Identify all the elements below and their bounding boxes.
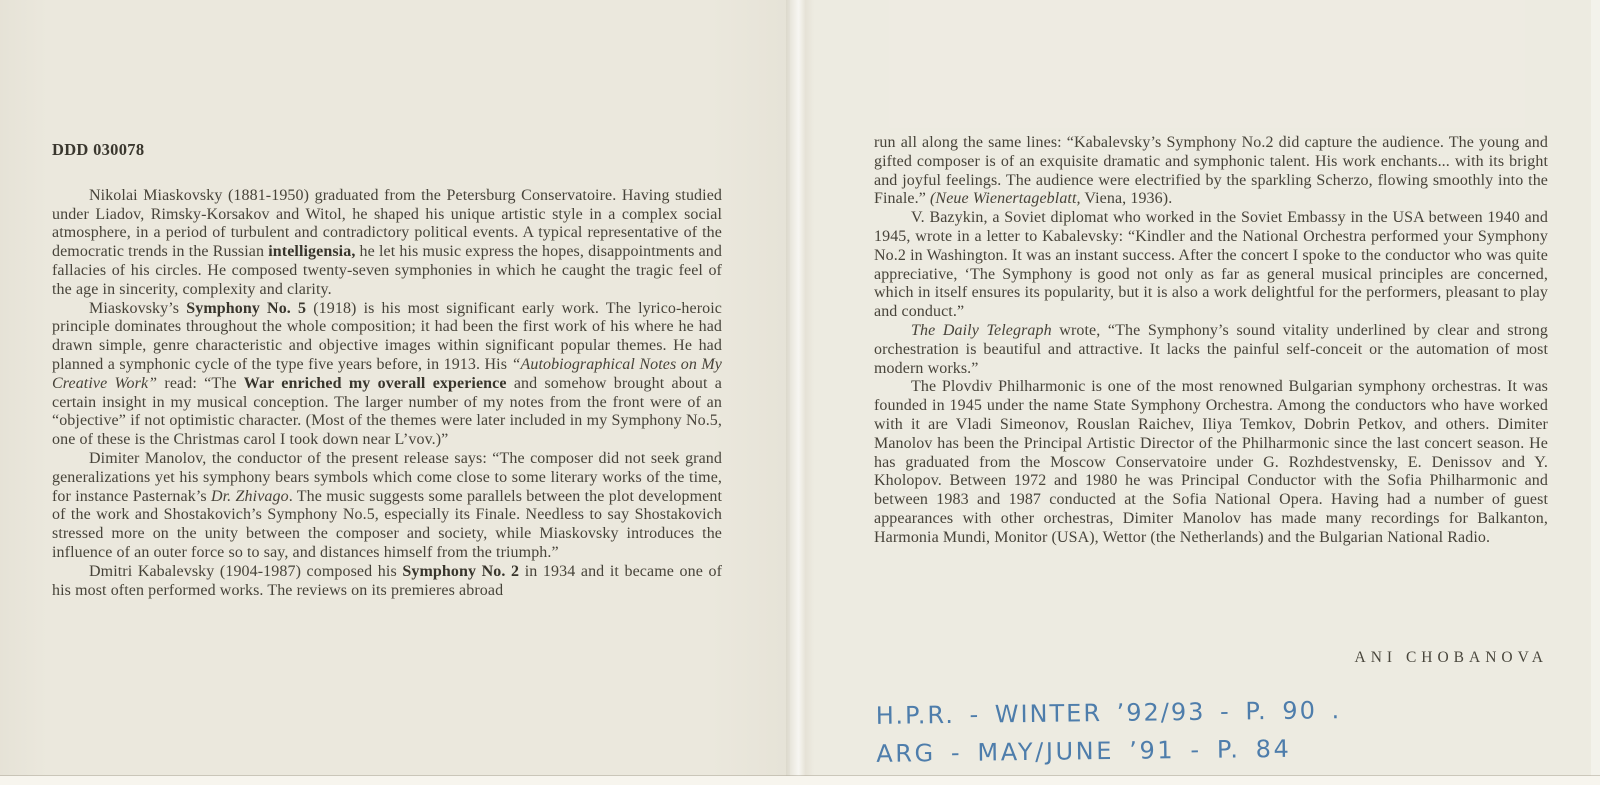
right-page-text-column: run all along the same lines: “Kabalevsk… (874, 134, 1548, 548)
handwritten-note-line-2: ARG - MAY/JUNE ’91 - P. 84 (876, 729, 1342, 773)
scan-bottom-edge (0, 776, 1600, 785)
paragraph-plovdiv-philharmonic: The Plovdiv Philharmonic is one of the m… (874, 378, 1548, 547)
author-signature: ANI CHOBANOVA (874, 649, 1548, 667)
paragraph-daily-telegraph: The Daily Telegraph wrote, “The Symphony… (874, 322, 1548, 378)
handwritten-note-line-1: H.P.R. - WINTER ’92/93 - P. 90 . (876, 691, 1342, 735)
paragraph-reviews-continuation: run all along the same lines: “Kabalevsk… (874, 134, 1548, 209)
left-page-text-column: DDD 030078 Nikolai Miaskovsky (1881-1950… (52, 141, 722, 600)
paragraph-bazykin-letter: V. Bazykin, a Soviet diplomat who worked… (874, 209, 1548, 322)
scan-right-edge (1591, 0, 1600, 785)
catalog-number: DDD 030078 (52, 141, 722, 160)
paragraph-kabalevsky-intro: Dmitri Kabalevsky (1904-1987) composed h… (52, 563, 722, 601)
page-fold-crease (786, 0, 814, 785)
paragraph-symphony-no5: Miaskovsky’s Symphony No. 5 (1918) is hi… (52, 300, 722, 450)
cd-booklet-scan: DDD 030078 Nikolai Miaskovsky (1881-1950… (0, 0, 1600, 785)
paragraph-miaskovsky-bio: Nikolai Miaskovsky (1881-1950) graduated… (52, 187, 722, 300)
handwritten-note: H.P.R. - WINTER ’92/93 - P. 90 . ARG - M… (876, 691, 1342, 773)
paragraph-manolov-quote: Dimiter Manolov, the conductor of the pr… (52, 450, 722, 563)
